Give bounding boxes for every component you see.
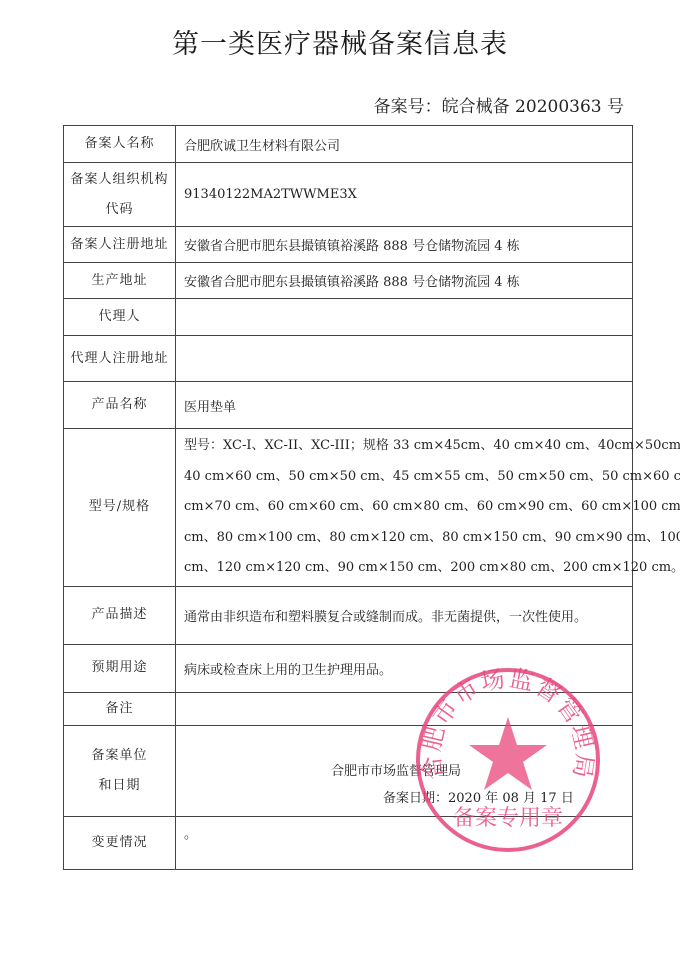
value-org-code: 91340122MA2TWWME3X: [176, 163, 633, 227]
label-line: 备案单位: [65, 741, 174, 771]
label-org-code: 备案人组织机构 代码: [64, 163, 176, 227]
table-row: 备案人注册地址 安徽省合肥市肥东县撮镇镇裕溪路 888 号仓储物流园 4 栋: [64, 227, 633, 263]
table-row: 变更情况 。: [64, 816, 633, 869]
value-agent: [176, 299, 633, 336]
label-agent-address: 代理人注册地址: [64, 336, 176, 382]
table-row: 备注: [64, 692, 633, 725]
table-row: 备案人组织机构 代码 91340122MA2TWWME3X: [64, 163, 633, 227]
label-line: 代码: [65, 195, 174, 225]
value-remarks: [176, 692, 633, 725]
value-registered-address: 安徽省合肥市肥东县撮镇镇裕溪路 888 号仓储物流园 4 栋: [176, 227, 633, 263]
table-row: 代理人注册地址: [64, 336, 633, 382]
value-filing-unit-date: 合肥市市场监督管理局 备案日期：2020 年 08 月 17 日: [176, 725, 633, 816]
label-change-status: 变更情况: [64, 816, 176, 869]
value-filer-name: 合肥欣诚卫生材料有限公司: [176, 126, 633, 163]
table-row: 型号/规格 型号：XC-I、XC-II、XC-III；规格 33 cm×45cm…: [64, 429, 633, 587]
value-product-description: 通常由非织造布和塑料膜复合或缝制而成。非无菌提供，一次性使用。: [176, 586, 633, 644]
label-remarks: 备注: [64, 692, 176, 725]
table-row: 代理人: [64, 299, 633, 336]
label-production-address: 生产地址: [64, 263, 176, 299]
label-agent: 代理人: [64, 299, 176, 336]
table-row: 生产地址 安徽省合肥市肥东县撮镇镇裕溪路 888 号仓储物流园 4 栋: [64, 263, 633, 299]
value-intended-use: 病床或检查床上用的卫生护理用品。: [176, 644, 633, 692]
spec-line: cm、80 cm×100 cm、80 cm×120 cm、80 cm×150 c…: [184, 523, 626, 554]
spec-line: 型号：XC-I、XC-II、XC-III；规格 33 cm×45cm、40 cm…: [184, 431, 626, 462]
label-line: 备案人组织机构: [65, 165, 174, 195]
label-product-description: 产品描述: [64, 586, 176, 644]
label-registered-address: 备案人注册地址: [64, 227, 176, 263]
value-change-status: 。: [176, 816, 633, 869]
spec-line: cm、120 cm×120 cm、90 cm×150 cm、200 cm×80 …: [184, 553, 626, 584]
filing-authority: 合肥市市场监督管理局: [331, 760, 461, 779]
label-model-spec: 型号/规格: [64, 429, 176, 587]
label-intended-use: 预期用途: [64, 644, 176, 692]
filing-info-table: 备案人名称 合肥欣诚卫生材料有限公司 备案人组织机构 代码 91340122MA…: [63, 125, 633, 870]
value-production-address: 安徽省合肥市肥东县撮镇镇裕溪路 888 号仓储物流园 4 栋: [176, 263, 633, 299]
value-model-spec: 型号：XC-I、XC-II、XC-III；规格 33 cm×45cm、40 cm…: [176, 429, 633, 587]
value-product-name: 医用垫单: [176, 382, 633, 429]
document-title: 第一类医疗器械备案信息表: [0, 22, 680, 61]
label-filer-name: 备案人名称: [64, 126, 176, 163]
label-filing-unit-date: 备案单位 和日期: [64, 725, 176, 816]
spec-line: 40 cm×60 cm、50 cm×50 cm、45 cm×55 cm、50 c…: [184, 462, 626, 493]
label-product-name: 产品名称: [64, 382, 176, 429]
table-row: 预期用途 病床或检查床上用的卫生护理用品。: [64, 644, 633, 692]
table-row: 产品名称 医用垫单: [64, 382, 633, 429]
filing-number: 备案号：皖合械备 20200363 号: [374, 92, 624, 117]
filing-date: 备案日期：2020 年 08 月 17 日: [383, 787, 574, 806]
label-line: 和日期: [65, 771, 174, 801]
table-row: 产品描述 通常由非织造布和塑料膜复合或缝制而成。非无菌提供，一次性使用。: [64, 586, 633, 644]
value-agent-address: [176, 336, 633, 382]
table-row: 备案人名称 合肥欣诚卫生材料有限公司: [64, 126, 633, 163]
table-row: 备案单位 和日期 合肥市市场监督管理局 备案日期：2020 年 08 月 17 …: [64, 725, 633, 816]
spec-line: cm×70 cm、60 cm×60 cm、60 cm×80 cm、60 cm×9…: [184, 492, 626, 523]
